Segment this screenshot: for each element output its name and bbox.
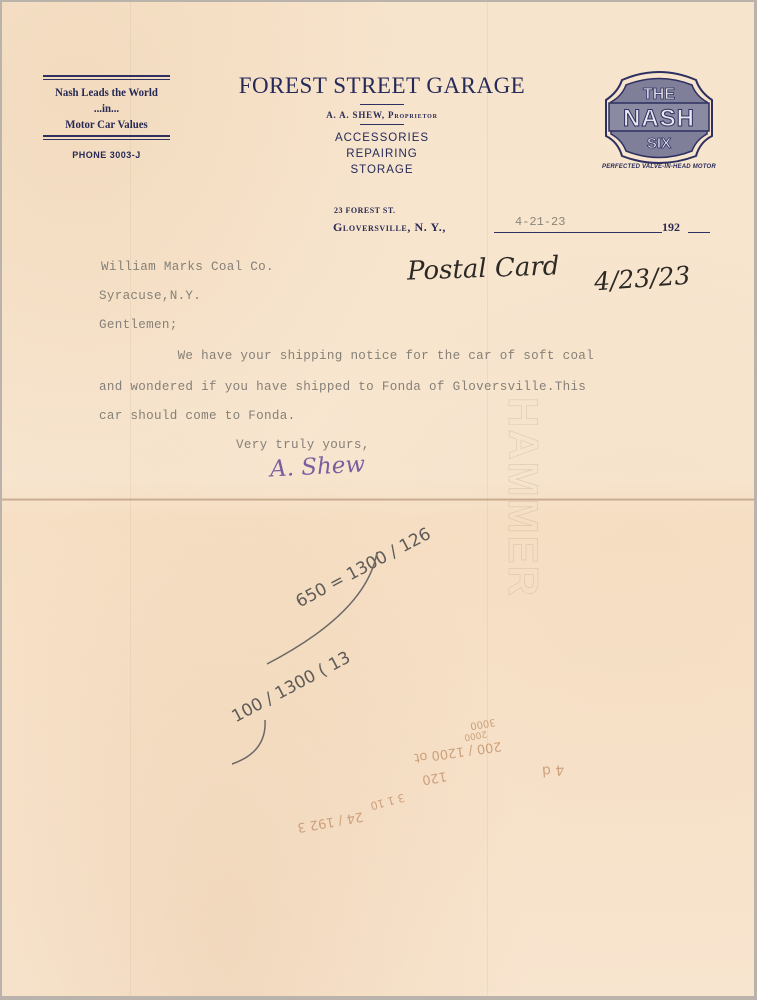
- service-item: ACCESSORIES: [197, 130, 567, 146]
- phone-number: PHONE 3003-J: [43, 150, 170, 160]
- body-line: and wondered if you have shipped to Fond…: [99, 380, 586, 394]
- slogan-line: Motor Car Values: [49, 116, 163, 132]
- street-address: 23 FOREST ST.: [334, 206, 396, 215]
- slogan-line: ...in...: [49, 100, 163, 116]
- svg-text:THE: THE: [643, 86, 675, 103]
- services-list: ACCESSORIES REPAIRING STORAGE: [197, 130, 567, 178]
- company-name: FOREST STREET GARAGE: [197, 72, 567, 100]
- slogan-box: Nash Leads the World ...in... Motor Car …: [43, 75, 170, 160]
- body-line: car should come to Fonda.: [99, 409, 295, 423]
- date-underline: [494, 232, 662, 233]
- proprietor: A. A. SHEW, Proprietor: [197, 110, 567, 120]
- nash-six-emblem-icon: THE NASH SIX: [600, 70, 718, 165]
- signature: A. Shew: [269, 452, 365, 483]
- handwritten-note: Postal Card: [407, 251, 560, 286]
- closing: Very truly yours,: [236, 438, 370, 452]
- typed-date: 4-21-23: [515, 215, 565, 229]
- slogan-line: Nash Leads the World: [49, 84, 163, 100]
- svg-text:NASH: NASH: [623, 105, 695, 132]
- date-underline: [688, 232, 710, 233]
- logo-tagline: PERFECTED VALVE-IN-HEAD MOTOR: [602, 164, 730, 170]
- paper-fold: [2, 498, 754, 501]
- brown-calc: 120: [421, 768, 448, 787]
- recipient-name: William Marks Coal Co.: [101, 260, 274, 274]
- year-prefix: 192: [662, 220, 680, 235]
- service-item: REPAIRING: [197, 146, 567, 162]
- letterhead-center: FOREST STREET GARAGE A. A. SHEW, Proprie…: [197, 72, 567, 178]
- service-item: STORAGE: [197, 162, 567, 178]
- slogan: Nash Leads the World ...in... Motor Car …: [49, 80, 163, 135]
- brown-calc: 4 d: [541, 761, 565, 779]
- letter-page: Nash Leads the World ...in... Motor Car …: [2, 2, 754, 996]
- city-address: Gloversville, N. Y.,: [333, 220, 446, 235]
- salutation: Gentlemen;: [99, 318, 178, 332]
- body-line: We have your shipping notice for the car…: [99, 349, 594, 363]
- handwritten-date: 4/23/23: [593, 261, 691, 297]
- brown-calc: 3 1 10: [369, 791, 406, 813]
- brown-calc: 24 / 192 3: [296, 808, 364, 834]
- svg-text:SIX: SIX: [647, 135, 671, 152]
- divider: [360, 124, 404, 125]
- recipient-city: Syracuse,N.Y.: [99, 289, 201, 303]
- double-rule: [43, 135, 170, 140]
- divider: [360, 104, 404, 105]
